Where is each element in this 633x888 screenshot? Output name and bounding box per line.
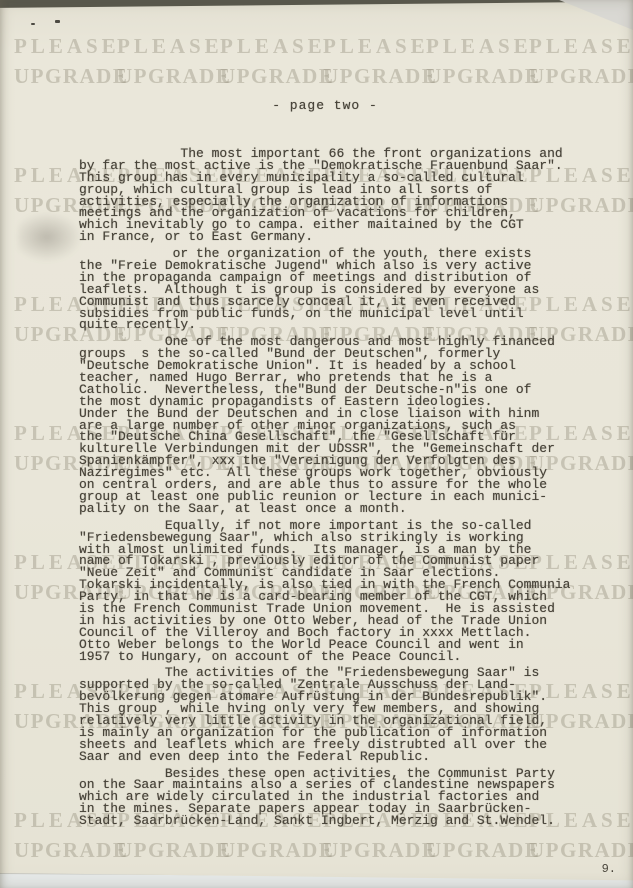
watermark-word-upgrade: UPGRADE [220,66,334,87]
text-line: 1957 to Hungary, on account of the Peace… [79,651,571,663]
document-body: The most important 66 the front organiza… [79,148,571,827]
watermark-word-upgrade: UPGRADE [426,840,540,861]
text-line: pality on the Saar, at least once a mont… [79,503,571,515]
scan-bottom-edge [0,871,633,888]
watermark-word-upgrade: UPGRADE [117,840,231,861]
paper-speck [55,20,60,23]
watermark-tile: PLEASEUPGRADE [220,36,334,87]
paragraph: One of the most dangerous and most highl… [79,336,571,514]
paragraph: Equally, if not more important is the so… [79,520,571,663]
watermark-word-upgrade: UPGRADE [117,66,231,87]
paragraph: The most important 66 the front organiza… [79,148,571,243]
watermark-word-please: PLEASE [426,36,540,57]
watermark-word-upgrade: UPGRADE [529,66,633,87]
watermark-word-please: PLEASE [323,36,437,57]
watermark-word-please: PLEASE [529,36,633,57]
watermark-word-upgrade: UPGRADE [323,840,437,861]
watermark-word-upgrade: UPGRADE [529,840,633,861]
watermark-word-upgrade: UPGRADE [14,66,128,87]
scan-top-edge [0,0,633,9]
watermark-word-please: PLEASE [117,36,231,57]
watermark-tile: PLEASEUPGRADE [529,36,633,87]
scan-top-right-corner [543,0,633,30]
watermark-word-please: PLEASE [14,36,128,57]
typewritten-text: - page two - The most important 66 the f… [79,98,571,832]
scanned-document-page: PLEASEUPGRADEPLEASEUPGRADEPLEASEUPGRADEP… [0,0,633,888]
watermark-word-upgrade: UPGRADE [323,66,437,87]
paragraph: The activities of the "Friedensbewegung … [79,667,571,762]
watermark-word-upgrade: UPGRADE [220,840,334,861]
watermark-tile: PLEASEUPGRADE [426,36,540,87]
watermark-tile: PLEASEUPGRADE [14,36,128,87]
paper-smudge [18,212,82,262]
watermark-word-please: PLEASE [220,36,334,57]
watermark-word-upgrade: UPGRADE [14,840,128,861]
watermark-word-upgrade: UPGRADE [426,66,540,87]
watermark-tile: PLEASEUPGRADE [323,36,437,87]
watermark-tile: PLEASEUPGRADE [117,36,231,87]
text-line: quite recently. [79,319,571,331]
text-line: Saar and even deep into the Federal Repu… [79,751,571,763]
text-line: Stadt, Saarbrücken-Land, Sankt Ingbert, … [79,815,571,827]
page-number: 9. [602,862,616,876]
paragraph: Besides these open activities, the Commu… [79,768,571,827]
text-line: in France, or to East Germany. [79,231,571,243]
paragraph: or the organization of the youth, there … [79,248,571,331]
paper-speck [31,23,35,25]
page-header: - page two - [79,98,571,113]
